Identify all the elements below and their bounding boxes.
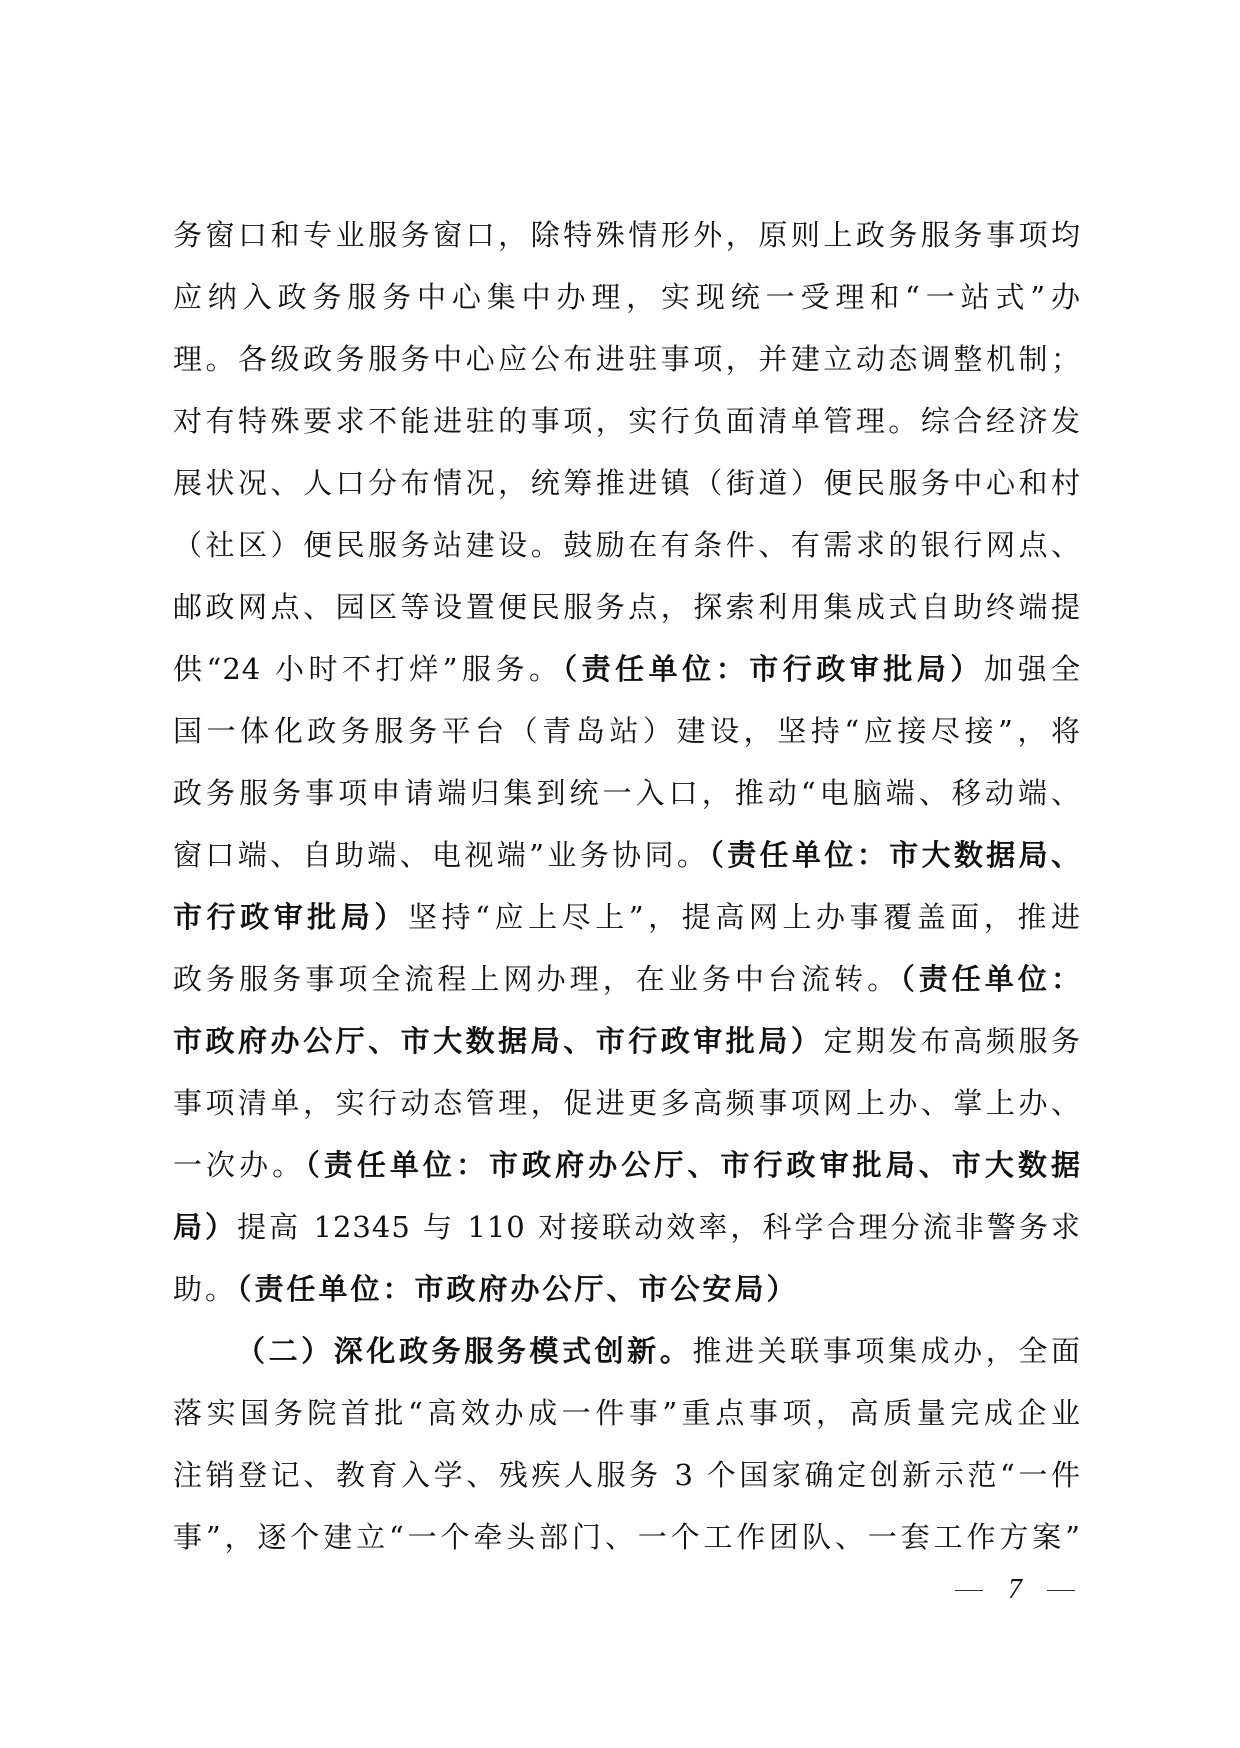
paragraph-text: 定期发布高频服务 [823, 1024, 1081, 1058]
paragraph-text: 政务服务事项申请端归集到统一入口，推动“电脑端、移动端、 [173, 776, 1081, 810]
page-number: 7 [1008, 1574, 1022, 1606]
text-line: 助。（责任单位：市政府办公厅、市公安局） [173, 1258, 1081, 1320]
text-line: 事”，逐个建立“一个牵头部门、一个工作团队、一套工作方案” [173, 1506, 1081, 1568]
text-line: （社区）便民服务站建设。鼓励在有条件、有需求的银行网点、 [173, 514, 1081, 576]
text-line: 国一体化政务服务平台（青岛站）建设，坚持“应接尽接”，将 [173, 700, 1081, 762]
responsible-units: （责任单位： [900, 964, 1081, 996]
paragraph-text: 应纳入政务服务中心集中办理，实现统一受理和“一站式”办 [173, 280, 1081, 314]
paragraph-text: 注销登记、教育入学、残疾人服务 3 个国家确定创新示范“一件 [173, 1458, 1081, 1492]
text-line: 政务服务事项申请端归集到统一入口，推动“电脑端、移动端、 [173, 762, 1081, 824]
page-number-dash-left [955, 1590, 983, 1591]
text-line: 窗口端、自助端、电视端”业务协同。（责任单位：市大数据局、 [173, 824, 1081, 886]
text-line: 局）提高 12345 与 110 对接联动效率，科学合理分流非警务求 [173, 1196, 1081, 1258]
paragraph-text: （社区）便民服务站建设。鼓励在有条件、有需求的银行网点、 [173, 528, 1081, 562]
text-line: 落实国务院首批“高效办成一件事”重点事项，高质量完成企业 [173, 1382, 1081, 1444]
paragraph-text: 窗口端、自助端、电视端”业务协同。 [173, 838, 709, 872]
text-line: （二）深化政务服务模式创新。推进关联事项集成办，全面 [173, 1320, 1081, 1382]
paragraph-text: 助。 [173, 1272, 237, 1306]
paragraph-text: 坚持“应上尽上”，提高网上办事覆盖面，推进 [408, 900, 1081, 934]
responsible-units: 局） [173, 1212, 237, 1244]
page-number-footer: 7 [955, 1570, 1075, 1610]
paragraph-text: 务窗口和专业服务窗口，除特殊情形外，原则上政务服务事项均 [173, 218, 1081, 252]
text-line: 事项清单，实行动态管理，促进更多高频事项网上办、掌上办、 [173, 1072, 1081, 1134]
body-text: 务窗口和专业服务窗口，除特殊情形外，原则上政务服务事项均应纳入政务服务中心集中办… [173, 204, 1081, 1568]
paragraph-text: 加强全 [984, 652, 1081, 686]
responsible-units: （责任单位：市政府办公厅、市行政审批局、市大数据 [305, 1150, 1081, 1182]
paragraph-text: 邮政网点、园区等设置便民服务点，探索利用集成式自助终端提 [173, 590, 1081, 624]
paragraph-text: 理。各级政务服务中心应公布进驻事项，并建立动态调整机制； [173, 342, 1081, 376]
paragraph-text: 推进关联事项集成办，全面 [692, 1334, 1081, 1368]
text-line: 供“24 小时不打烊”服务。（责任单位：市行政审批局）加强全 [173, 638, 1081, 700]
text-line: 市行政审批局）坚持“应上尽上”，提高网上办事覆盖面，推进 [173, 886, 1081, 948]
paragraph-text: 对有特殊要求不能进驻的事项，实行负面清单管理。综合经济发 [173, 404, 1081, 438]
text-line: 政务服务事项全流程上网办理，在业务中台流转。（责任单位： [173, 948, 1081, 1010]
document-page: 务窗口和专业服务窗口，除特殊情形外，原则上政务服务事项均应纳入政务服务中心集中办… [0, 0, 1240, 1748]
text-line: 务窗口和专业服务窗口，除特殊情形外，原则上政务服务事项均 [173, 204, 1081, 266]
responsible-units: 市行政审批局） [173, 902, 408, 934]
section-heading: （二）深化政务服务模式创新。 [236, 1336, 692, 1368]
paragraph-text: 事”，逐个建立“一个牵头部门、一个工作团队、一套工作方案” [173, 1520, 1081, 1554]
paragraph-text: 国一体化政务服务平台（青岛站）建设，坚持“应接尽接”，将 [173, 714, 1081, 748]
paragraph-text: 供“24 小时不打烊”服务。 [173, 652, 563, 686]
paragraph-text: 一次办。 [173, 1148, 305, 1182]
text-line: 市政府办公厅、市大数据局、市行政审批局）定期发布高频服务 [173, 1010, 1081, 1072]
responsible-units: （责任单位：市政府办公厅、市公安局） [237, 1274, 799, 1306]
paragraph-text: 落实国务院首批“高效办成一件事”重点事项，高质量完成企业 [173, 1396, 1081, 1430]
text-line: 应纳入政务服务中心集中办理，实现统一受理和“一站式”办 [173, 266, 1081, 328]
page-number-dash-right [1047, 1590, 1075, 1591]
responsible-units: 市政府办公厅、市大数据局、市行政审批局） [173, 1026, 823, 1058]
text-line: 一次办。（责任单位：市政府办公厅、市行政审批局、市大数据 [173, 1134, 1081, 1196]
text-line: 注销登记、教育入学、残疾人服务 3 个国家确定创新示范“一件 [173, 1444, 1081, 1506]
text-line: 展状况、人口分布情况，统筹推进镇（街道）便民服务中心和村 [173, 452, 1081, 514]
text-line: 对有特殊要求不能进驻的事项，实行负面清单管理。综合经济发 [173, 390, 1081, 452]
paragraph-text: 提高 12345 与 110 对接联动效率，科学合理分流非警务求 [237, 1210, 1081, 1244]
paragraph-text: 政务服务事项全流程上网办理，在业务中台流转。 [173, 962, 900, 996]
paragraph-text: 事项清单，实行动态管理，促进更多高频事项网上办、掌上办、 [173, 1086, 1081, 1120]
paragraph-text: 展状况、人口分布情况，统筹推进镇（街道）便民服务中心和村 [173, 466, 1081, 500]
responsible-units: （责任单位：市大数据局、 [709, 840, 1081, 872]
text-line: 理。各级政务服务中心应公布进驻事项，并建立动态调整机制； [173, 328, 1081, 390]
responsible-units: （责任单位：市行政审批局） [563, 654, 984, 686]
text-line: 邮政网点、园区等设置便民服务点，探索利用集成式自助终端提 [173, 576, 1081, 638]
